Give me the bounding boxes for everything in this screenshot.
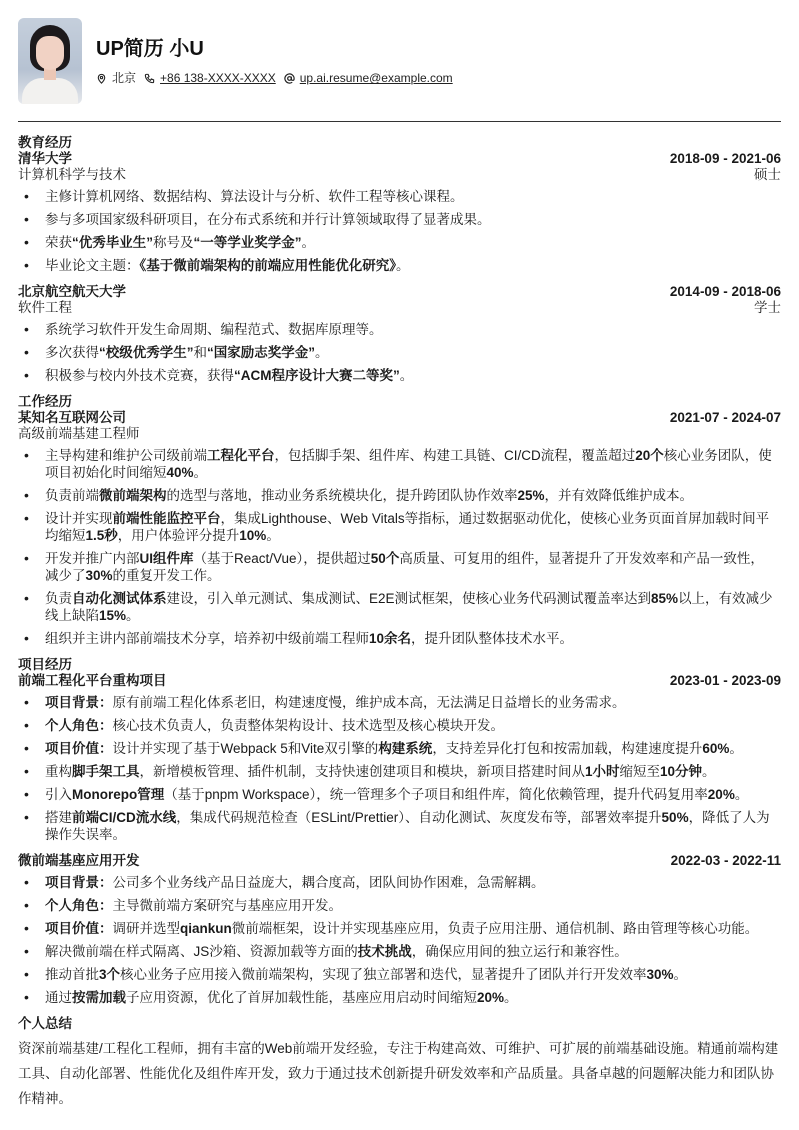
entry-header-row: 北京航空航天大学2014-09 - 2018-06 [18,284,781,300]
bullet-highlight: 1小时 [585,764,620,779]
bullet-item: 主修计算机网络、数据结构、算法设计与分析、软件工程等核心课程。 [18,188,781,205]
entry-header-row: 前端工程化平台重构项目2023-01 - 2023-09 [18,673,781,689]
avatar [18,18,82,104]
bullet-highlight: 《基于微前端架构的前端应用性能优化研究》 [140,258,397,273]
project-entry-bullets: 项目背景：原有前端工程化体系老旧，构建速度慢，维护成本高，无法满足日益增长的业务… [18,694,781,843]
entry-date: 2021-07 - 2024-07 [670,410,781,426]
section-title-education: 教育经历 [18,135,781,151]
bullet-highlight: 85% [651,591,678,606]
bullet-highlight: 前端CI/CD流水线 [72,810,176,825]
projects-section: 项目经历 前端工程化平台重构项目2023-01 - 2023-09项目背景：原有… [18,657,781,1006]
bullet-highlight: “国家励志奖学金” [207,345,315,360]
bullet-highlight: 10% [239,528,266,543]
bullet-highlight: 30% [647,967,674,982]
bullet-highlight: 10分钟 [660,764,702,779]
entry-subtitle: 高级前端基建工程师 [18,426,140,442]
education-section: 教育经历 清华大学2018-09 - 2021-06计算机科学与技术硕士主修计算… [18,135,781,384]
bullet-item: 负责前端微前端架构的选型与落地，推动业务系统模块化，提升跨团队协作效率25%，并… [18,487,781,504]
bullet-item: 主导构建和维护公司级前端工程化平台，包括脚手架、组件库、构建工具链、CI/CD流… [18,447,781,481]
bullet-highlight: 20% [708,787,735,802]
bullet-item: 系统学习软件开发生命周期、编程范式、数据库原理等。 [18,321,781,338]
bullet-highlight: qiankun [180,921,232,936]
bullet-highlight: “ACM程序设计大赛二等奖” [234,368,400,383]
bullet-item: 项目价值：调研并选型qiankun微前端框架，设计并实现基座应用，负责子应用注册… [18,920,781,937]
bullet-item: 项目背景：原有前端工程化体系老旧，构建速度慢，维护成本高，无法满足日益增长的业务… [18,694,781,711]
bullet-item: 推动首批3个核心业务子应用接入微前端架构，实现了独立部署和迭代，显著提升了团队并… [18,966,781,983]
header-divider [18,121,781,122]
bullet-highlight: 25% [518,488,545,503]
candidate-name: UP简历 小U [96,36,461,62]
bullet-item: 参与多项国家级科研项目，在分布式系统和并行计算领域取得了显著成果。 [18,211,781,228]
bullet-highlight: 个人角色： [45,718,113,733]
entry-title: 前端工程化平台重构项目 [18,673,167,689]
entry-header-row: 微前端基座应用开发2022-03 - 2022-11 [18,853,781,869]
entry-header-row: 某知名互联网公司2021-07 - 2024-07 [18,410,781,426]
entry-sub-row: 高级前端基建工程师 [18,426,781,442]
work-entry: 某知名互联网公司2021-07 - 2024-07高级前端基建工程师主导构建和维… [18,410,781,647]
bullet-item: 引入Monorepo管理（基于pnpm Workspace），统一管理多个子项目… [18,786,781,803]
bullet-item: 重构脚手架工具，新增模板管理、插件机制，支持快速创建项目和模块，新项目搭建时间从… [18,763,781,780]
summary-section: 个人总结 资深前端基建/工程化工程师，拥有丰富的Web前端开发经验，专注于构建高… [18,1016,781,1111]
bullet-highlight: 60% [702,741,729,756]
project-entry: 微前端基座应用开发2022-03 - 2022-11项目背景：公司多个业务线产品… [18,853,781,1006]
bullet-item: 通过按需加载子应用资源，优化了首屏加载性能，基座应用启动时间缩短20%。 [18,989,781,1006]
bullet-highlight: 微前端架构 [99,488,167,503]
bullet-item: 设计并实现前端性能监控平台，集成Lighthouse、Web Vitals等指标… [18,510,781,544]
bullet-highlight: 按需加载 [72,990,126,1005]
bullet-highlight: 项目背景： [45,875,113,890]
location-text: 北京 [112,70,136,87]
entry-degree: 硕士 [754,167,781,183]
bullet-item: 个人角色：主导微前端方案研究与基座应用开发。 [18,897,781,914]
bullet-highlight: “一等学业奖学金” [194,235,302,250]
bullet-item: 项目价值：设计并实现了基于Webpack 5和Vite双引擎的构建系统，支持差异… [18,740,781,757]
entry-header-row: 清华大学2018-09 - 2021-06 [18,151,781,167]
entry-date: 2014-09 - 2018-06 [670,284,781,300]
bullet-highlight: 自动化测试体系 [72,591,167,606]
education-entry: 北京航空航天大学2014-09 - 2018-06软件工程学士系统学习软件开发生… [18,284,781,384]
bullet-highlight: 50个 [371,551,400,566]
bullet-highlight: 项目价值： [45,921,113,936]
email-link[interactable]: up.ai.resume@example.com [300,70,453,87]
entry-title: 某知名互联网公司 [18,410,126,426]
bullet-highlight: 项目背景： [45,695,113,710]
bullet-highlight: Monorepo管理 [72,787,164,802]
bullet-item: 荣获“优秀毕业生”称号及“一等学业奖学金”。 [18,234,781,251]
entry-title: 微前端基座应用开发 [18,853,140,869]
entry-title: 清华大学 [18,151,72,167]
bullet-highlight: 15% [99,608,126,623]
header-info: UP简历 小U 北京 +86 138-XXXX-XXXX up.ai.resum… [96,34,461,87]
work-section: 工作经历 某知名互联网公司2021-07 - 2024-07高级前端基建工程师主… [18,394,781,647]
resume-page: UP简历 小U 北京 +86 138-XXXX-XXXX up.ai.resum… [0,0,799,1111]
bullet-highlight: 个人角色： [45,898,113,913]
bullet-highlight: “优秀毕业生” [72,235,153,250]
bullet-item: 项目背景：公司多个业务线产品日益庞大，耦合度高，团队间协作困难，急需解耦。 [18,874,781,891]
entry-degree: 学士 [754,300,781,316]
education-entry-bullets: 主修计算机网络、数据结构、算法设计与分析、软件工程等核心课程。参与多项国家级科研… [18,188,781,274]
bullet-highlight: 前端性能监控平台 [113,511,221,526]
at-sign-icon [284,73,295,84]
section-title-summary: 个人总结 [18,1016,781,1032]
bullet-highlight: 项目价值： [45,741,113,756]
contact-location: 北京 [96,70,136,87]
map-pin-icon [96,73,107,84]
entry-title: 北京航空航天大学 [18,284,126,300]
entry-sub-row: 软件工程学士 [18,300,781,316]
bullet-highlight: 脚手架工具 [72,764,140,779]
entry-date: 2022-03 - 2022-11 [671,853,781,869]
bullet-highlight: “校级优秀学生” [99,345,194,360]
bullet-highlight: 10余名 [369,631,411,646]
bullet-highlight: 20% [477,990,504,1005]
bullet-item: 多次获得“校级优秀学生”和“国家励志奖学金”。 [18,344,781,361]
bullet-item: 解决微前端在样式隔离、JS沙箱、资源加载等方面的技术挑战，确保应用间的独立运行和… [18,943,781,960]
bullet-highlight: 20个 [635,448,664,463]
bullet-highlight: 50% [662,810,689,825]
entry-subtitle: 软件工程 [18,300,72,316]
bullet-item: 个人角色：核心技术负责人，负责整体架构设计、技术选型及核心模块开发。 [18,717,781,734]
project-entry-bullets: 项目背景：公司多个业务线产品日益庞大，耦合度高，团队间协作困难，急需解耦。个人角… [18,874,781,1006]
bullet-highlight: 工程化平台 [207,448,275,463]
bullet-highlight: 30% [86,568,113,583]
phone-icon [144,73,155,84]
bullet-item: 毕业论文主题：《基于微前端架构的前端应用性能优化研究》。 [18,257,781,274]
contact-row: 北京 +86 138-XXXX-XXXX up.ai.resume@exampl… [96,70,461,87]
bullet-item: 开发并推广内部UI组件库（基于React/Vue），提供超过50个高质量、可复用… [18,550,781,584]
bullet-item: 组织并主讲内部前端技术分享，培养初中级前端工程师10余名，提升团队整体技术水平。 [18,630,781,647]
bullet-highlight: 3个 [99,967,120,982]
bullet-highlight: 构建系统 [378,741,432,756]
entry-sub-row: 计算机科学与技术硕士 [18,167,781,183]
resume-header: UP简历 小U 北京 +86 138-XXXX-XXXX up.ai.resum… [18,18,781,104]
section-title-projects: 项目经历 [18,657,781,673]
entry-date: 2023-01 - 2023-09 [670,673,781,689]
work-entry-bullets: 主导构建和维护公司级前端工程化平台，包括脚手架、组件库、构建工具链、CI/CD流… [18,447,781,647]
education-entry-bullets: 系统学习软件开发生命周期、编程范式、数据库原理等。多次获得“校级优秀学生”和“国… [18,321,781,384]
bullet-item: 负责自动化测试体系建设，引入单元测试、集成测试、E2E测试框架，使核心业务代码测… [18,590,781,624]
section-title-work: 工作经历 [18,394,781,410]
bullet-item: 积极参与校内外技术竞赛，获得“ACM程序设计大赛二等奖”。 [18,367,781,384]
bullet-highlight: UI组件库 [140,551,194,566]
bullet-highlight: 40% [167,465,194,480]
summary-text: 资深前端基建/工程化工程师，拥有丰富的Web前端开发经验，专注于构建高效、可维护… [18,1036,781,1111]
entry-date: 2018-09 - 2021-06 [670,151,781,167]
bullet-item: 搭建前端CI/CD流水线，集成代码规范检查（ESLint/Prettier）、自… [18,809,781,843]
contact-phone: +86 138-XXXX-XXXX [144,70,276,87]
bullet-highlight: 技术挑战 [358,944,412,959]
phone-link[interactable]: +86 138-XXXX-XXXX [160,70,276,87]
contact-email: up.ai.resume@example.com [284,70,453,87]
bullet-highlight: 1.5秒 [86,528,118,543]
project-entry: 前端工程化平台重构项目2023-01 - 2023-09项目背景：原有前端工程化… [18,673,781,843]
education-entry: 清华大学2018-09 - 2021-06计算机科学与技术硕士主修计算机网络、数… [18,151,781,274]
entry-subtitle: 计算机科学与技术 [18,167,126,183]
